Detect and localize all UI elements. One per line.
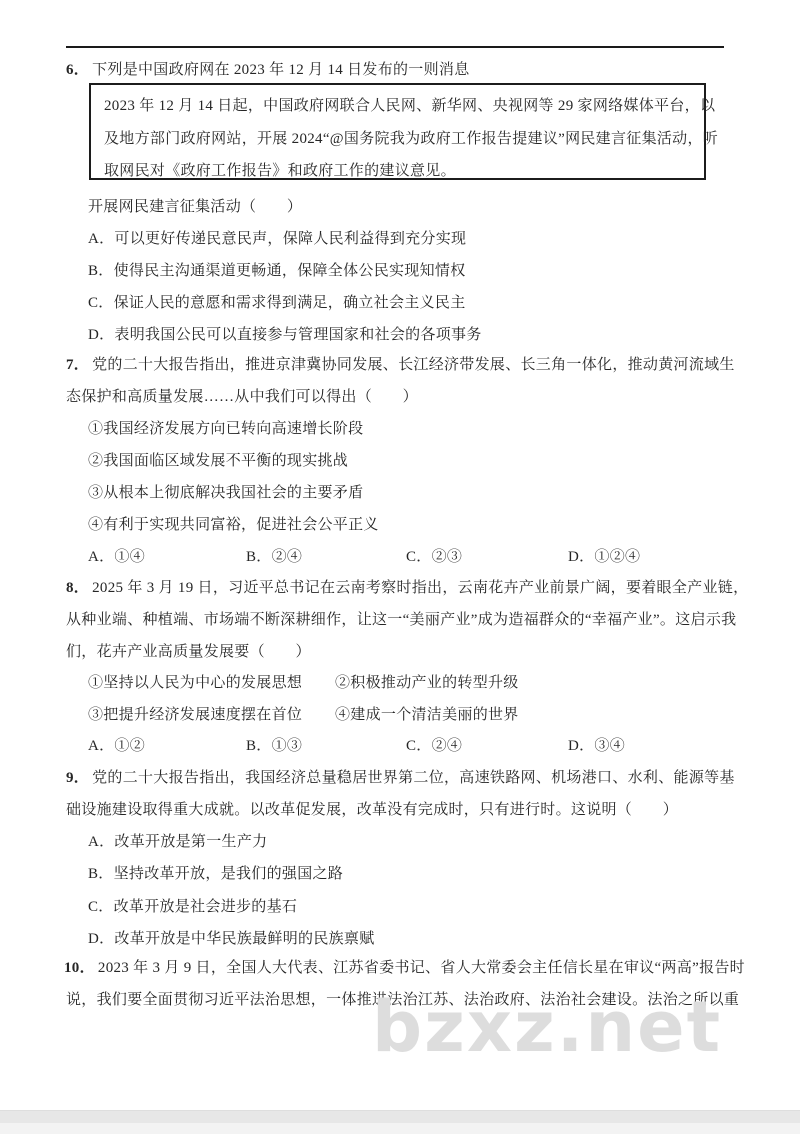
question-8-stem-line-2: 从种业端、种植端、市场端不断深耕细作，让这一“美丽产业”成为造福群众的“幸福产业…: [66, 610, 736, 630]
question-8-stem: 2025 年 3 月 19 日，习近平总书记在云南考察时指出，云南花卉产业前景广…: [92, 580, 748, 596]
question-8-sub-option-4: ④建成一个清洁美丽的世界: [335, 705, 519, 725]
question-6-stem: 下列是中国政府网在 2023 年 12 月 14 日发布的一则消息: [92, 62, 469, 78]
question-7-number: 7．: [66, 357, 92, 373]
question-6-number: 6．: [66, 62, 92, 78]
page-bottom-edge: [0, 1110, 800, 1123]
question-10-stem: 2023 年 3 月 9 日，全国人大代表、江苏省委书记、省人大常委会主任信长星…: [98, 960, 745, 976]
question-6-notice-box: 2023 年 12 月 14 日起，中国政府网联合人民网、新华网、央视网等 29…: [89, 83, 706, 180]
notice-line-3: 取网民对《政府工作报告》和政府工作的建议意见。: [104, 155, 691, 188]
question-9-option-b: B．坚持改革开放，是我们的强国之路: [88, 864, 343, 884]
question-7-choice-d: D．①②④: [568, 547, 640, 567]
question-8-choice-b: B．①③: [246, 736, 302, 756]
question-8-sub-option-2: ②积极推动产业的转型升级: [335, 673, 519, 693]
notice-line-2: 及地方部门政府网站，开展 2024“@国务院我为政府工作报告提建议”网民建言征集…: [104, 123, 691, 156]
watermark: bzxz.net: [372, 998, 722, 1056]
question-6-option-a: A．可以更好传递民意民声，保障人民利益得到充分实现: [88, 229, 466, 249]
question-8-choice-d: D．③④: [568, 736, 625, 756]
question-8-sub-option-1: ①坚持以人民为中心的发展思想: [88, 673, 302, 693]
question-7-choice-b: B．②④: [246, 547, 302, 567]
question-9-number: 9．: [66, 770, 92, 786]
question-6-option-c: C．保证人民的意愿和需求得到满足，确立社会主义民主: [88, 293, 466, 313]
question-8-stem-line-3: 们，花卉产业高质量发展要（ ）: [66, 642, 311, 662]
question-6-option-b: B．使得民主沟通渠道更畅通，保障全体公民实现知情权: [88, 261, 466, 281]
question-8-number: 8．: [66, 580, 92, 596]
question-8-sub-option-3: ③把提升经济发展速度摆在首位: [88, 705, 302, 725]
question-10-number: 10．: [64, 960, 98, 976]
question-6-prompt: 开展网民建言征集活动（ ）: [88, 197, 302, 217]
exam-page: 6．下列是中国政府网在 2023 年 12 月 14 日发布的一则消息 2023…: [0, 0, 800, 1134]
question-6-stem-line: 6．下列是中国政府网在 2023 年 12 月 14 日发布的一则消息: [66, 60, 470, 80]
question-9-stem-line-1: 9．党的二十大报告指出，我国经济总量稳居世界第二位，高速铁路网、机场港口、水利、…: [66, 768, 735, 788]
question-10-stem-line-1: 10．2023 年 3 月 9 日，全国人大代表、江苏省委书记、省人大常委会主任…: [64, 958, 745, 978]
question-7-stem-line-1: 7．党的二十大报告指出，推进京津冀协同发展、长江经济带发展、长三角一体化，推动黄…: [66, 355, 735, 375]
question-9-option-d: D．改革开放是中华民族最鲜明的民族禀赋: [88, 929, 375, 949]
question-7-sub-option-1: ①我国经济发展方向已转向高速增长阶段: [88, 419, 363, 439]
question-7-stem-line-2: 态保护和高质量发展……从中我们可以得出（ ）: [66, 387, 418, 407]
question-7-stem: 党的二十大报告指出，推进京津冀协同发展、长江经济带发展、长三角一体化，推动黄河流…: [92, 357, 735, 373]
page-background-below: [0, 1123, 800, 1134]
question-9-option-a: A．改革开放是第一生产力: [88, 832, 267, 852]
question-8-choice-a: A．①②: [88, 736, 145, 756]
question-8-stem-line-1: 8．2025 年 3 月 19 日，习近平总书记在云南考察时指出，云南花卉产业前…: [66, 578, 748, 598]
section-divider: [66, 46, 724, 48]
question-6-option-d: D．表明我国公民可以直接参与管理国家和社会的各项事务: [88, 325, 482, 345]
question-9-stem: 党的二十大报告指出，我国经济总量稳居世界第二位，高速铁路网、机场港口、水利、能源…: [92, 770, 735, 786]
question-7-choice-a: A．①④: [88, 547, 145, 567]
question-9-stem-line-2: 础设施建设取得重大成就。以改革促发展，改革没有完成时，只有进行时。这说明（ ）: [66, 800, 678, 820]
question-7-choice-c: C．②③: [406, 547, 462, 567]
question-7-sub-option-3: ③从根本上彻底解决我国社会的主要矛盾: [88, 483, 363, 503]
question-7-sub-option-4: ④有利于实现共同富裕，促进社会公平正义: [88, 515, 379, 535]
question-8-choice-c: C．②④: [406, 736, 462, 756]
question-9-option-c: C．改革开放是社会进步的基石: [88, 897, 297, 917]
notice-line-1: 2023 年 12 月 14 日起，中国政府网联合人民网、新华网、央视网等 29…: [104, 90, 691, 123]
question-7-sub-option-2: ②我国面临区域发展不平衡的现实挑战: [88, 451, 348, 471]
